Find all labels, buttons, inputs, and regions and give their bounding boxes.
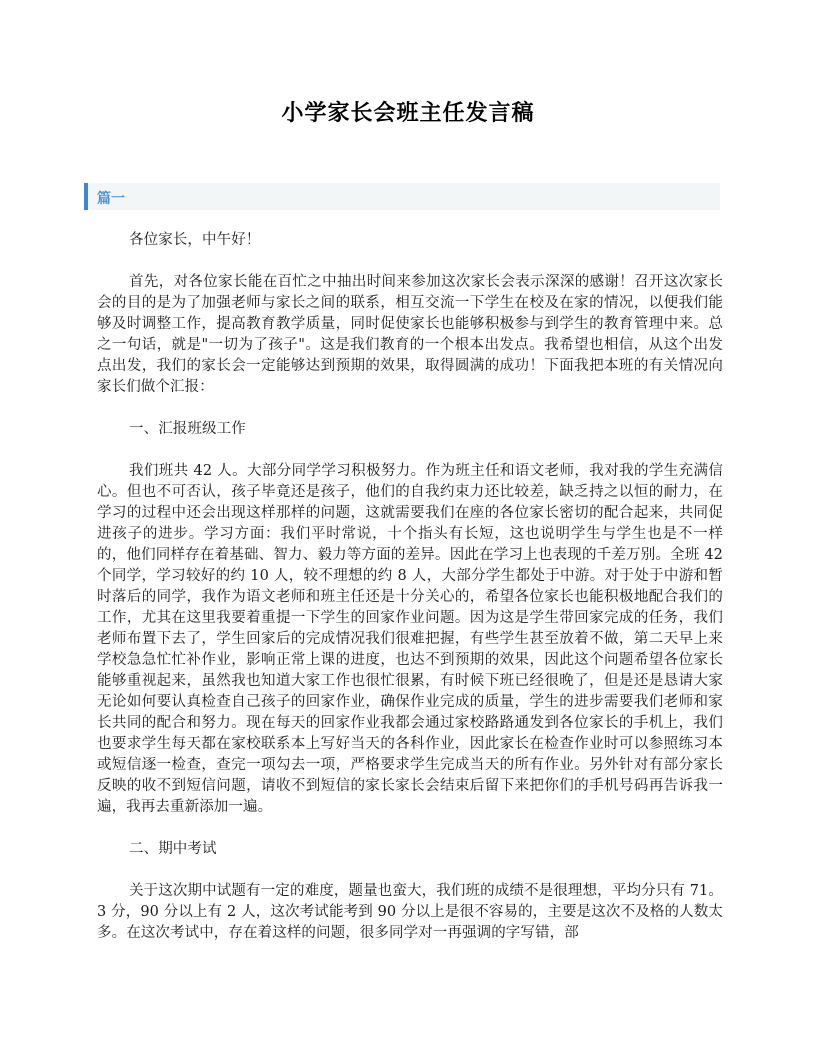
subheading-midterm-exam: 二、期中考试	[97, 839, 723, 860]
class-work-paragraph: 我们班共 42 人。大部分同学学习积极努力。作为班主任和语文老师，我对我的学生充…	[97, 461, 723, 818]
subheading-class-work: 一、汇报班级工作	[97, 419, 723, 440]
section-header-label: 篇一	[97, 188, 125, 208]
intro-paragraph: 首先，对各位家长能在百忙之中抽出时间来参加这次家长会表示深深的感谢！召开这次家长…	[97, 272, 723, 398]
greeting-paragraph: 各位家长，中午好！	[97, 230, 723, 251]
midterm-exam-paragraph: 关于这次期中试题有一定的难度，题量也蛮大，我们班的成绩不是很理想，平均分只有 7…	[97, 881, 723, 944]
page-title: 小学家长会班主任发言稿	[0, 96, 816, 127]
section-header: 篇一	[84, 183, 720, 210]
document-body: 各位家长，中午好！ 首先，对各位家长能在百忙之中抽出时间来参加这次家长会表示深深…	[97, 230, 723, 965]
